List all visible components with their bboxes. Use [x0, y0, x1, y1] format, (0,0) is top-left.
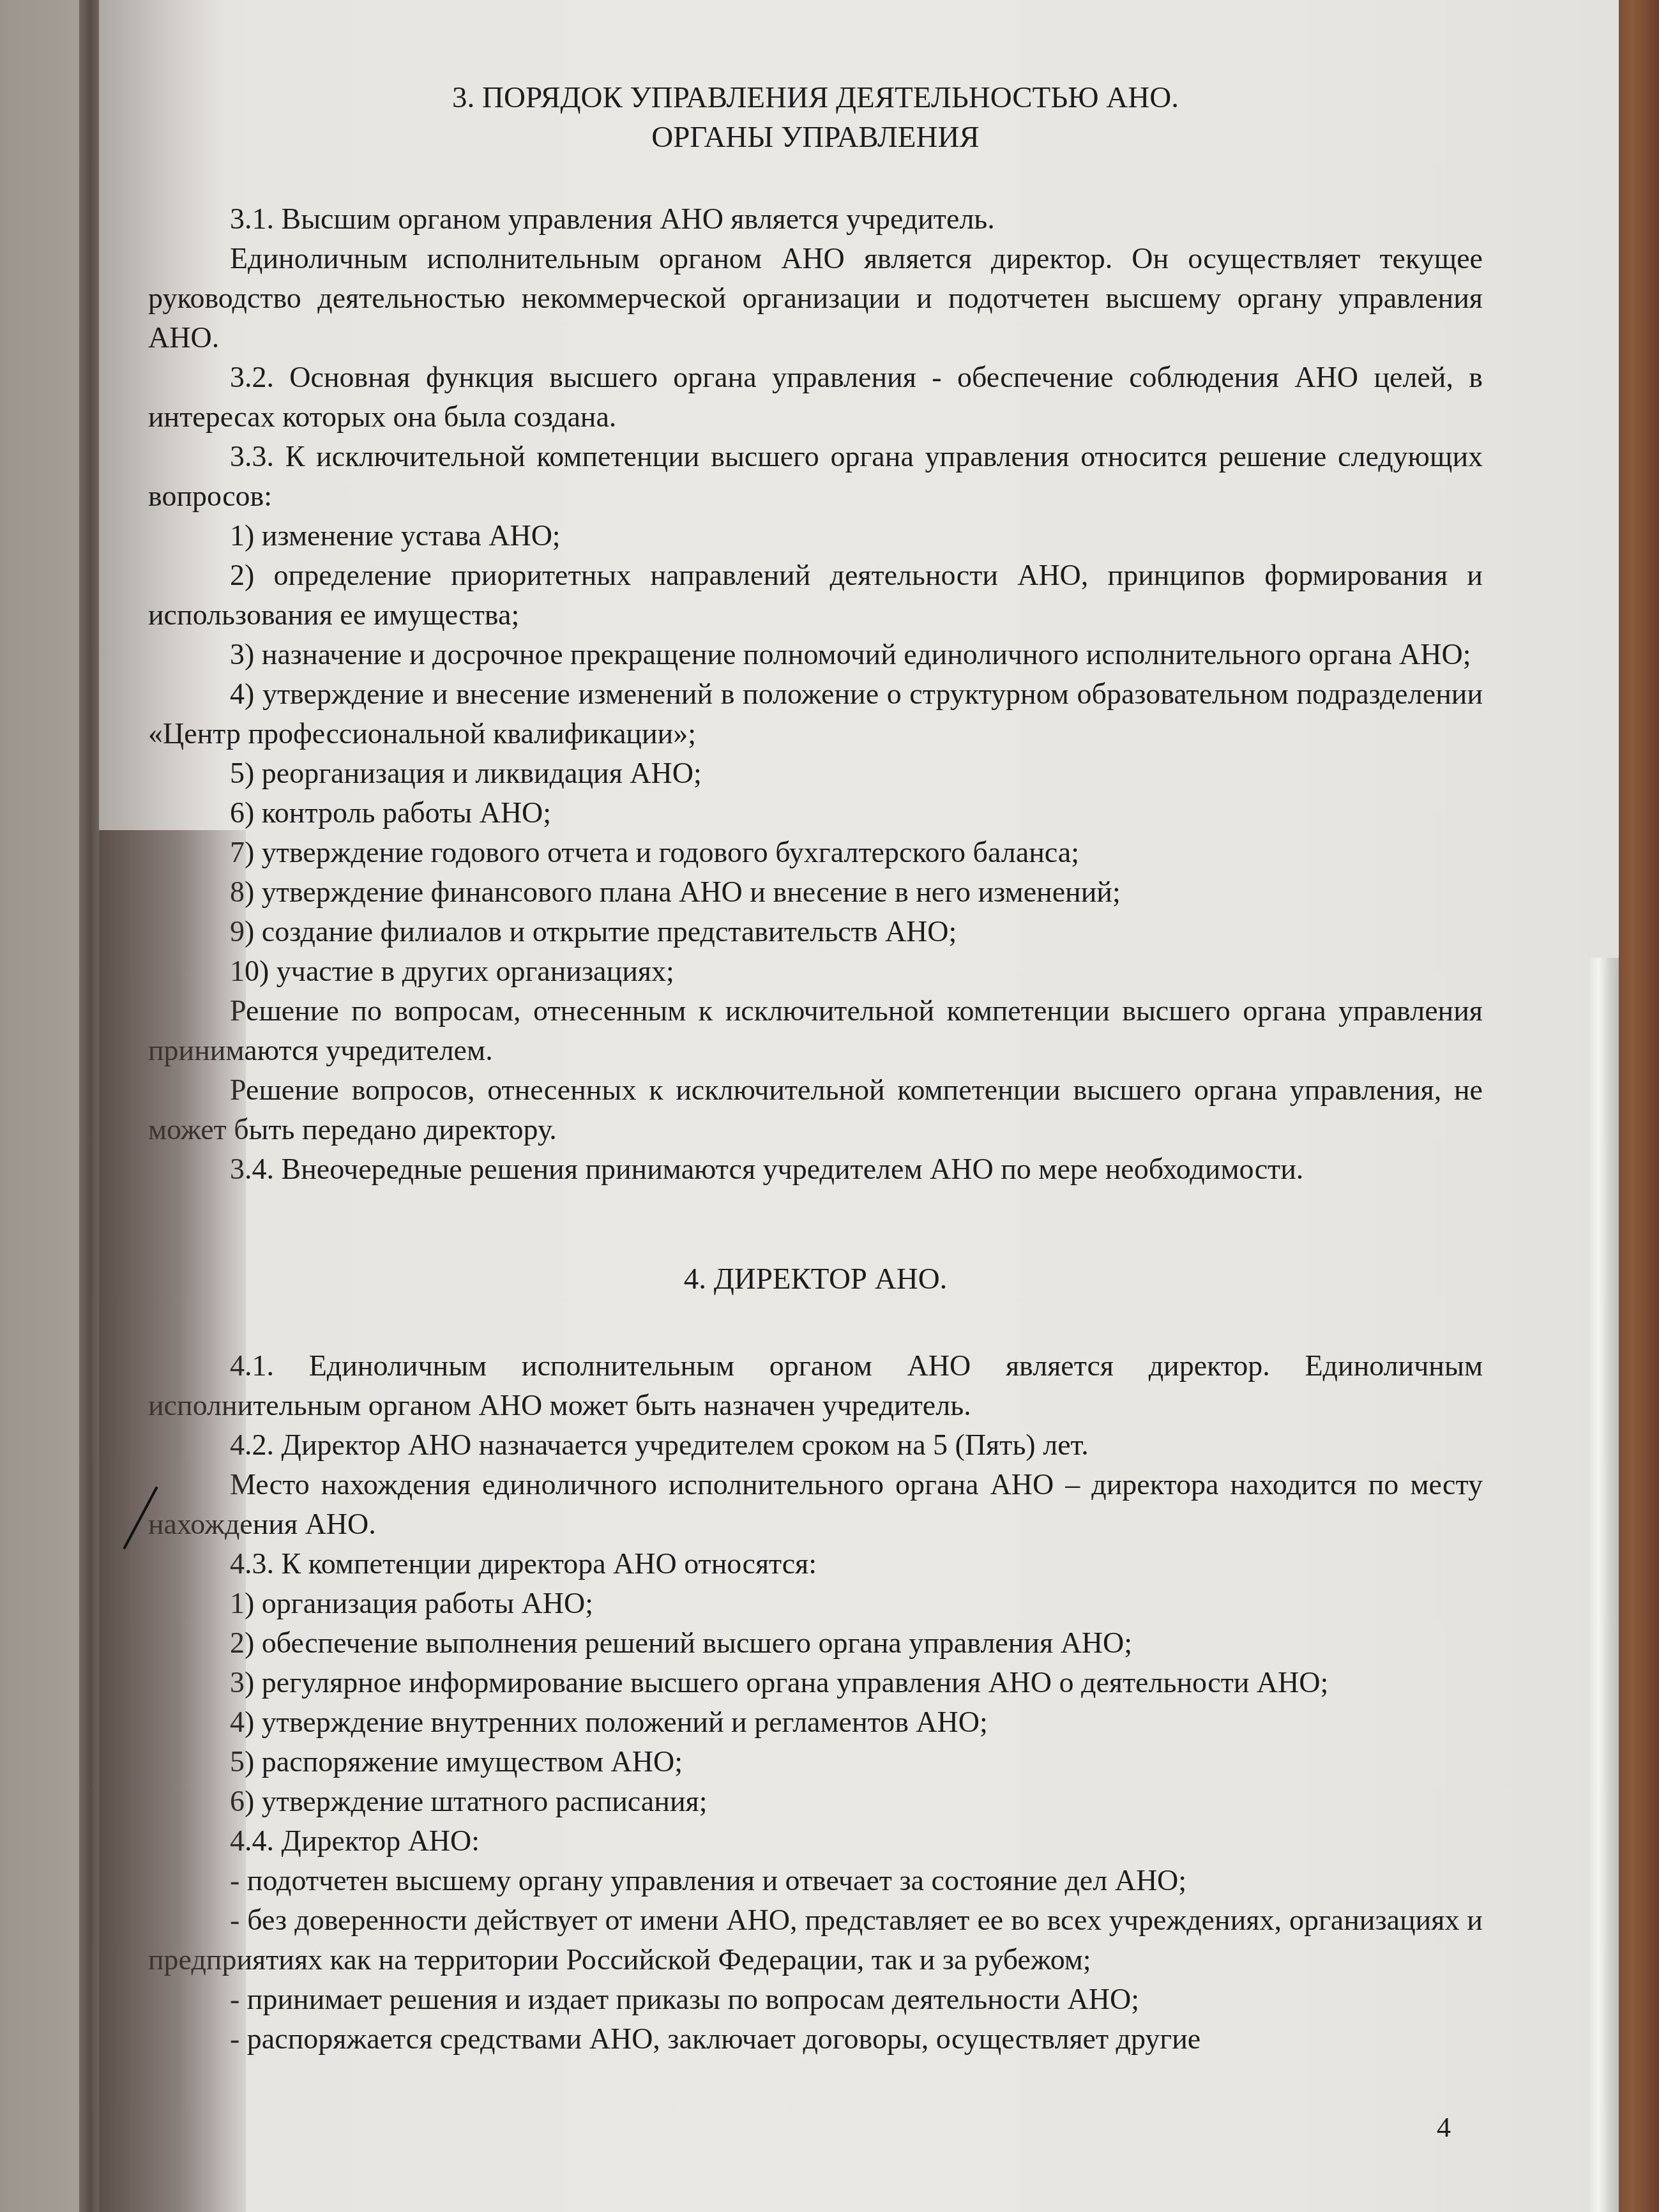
paragraph-4-1: 4.1. Единоличным исполнительным органом … [148, 1346, 1483, 1425]
list-item: 9) создание филиалов и открытие представ… [148, 912, 1483, 951]
paragraph-decision-transfer: Решение вопросов, отнесенных к исключите… [148, 1070, 1483, 1149]
list-item: 5) распоряжение имуществом АНО; [148, 1742, 1483, 1782]
folder-edge [1614, 0, 1659, 2212]
paragraph-4-2-location: Место нахождения единоличного исполнител… [148, 1465, 1483, 1544]
list-item: - распоряжается средствами АНО, заключае… [148, 2019, 1483, 2059]
paragraph-3-4: 3.4. Внеочередные решения принимаются уч… [148, 1149, 1483, 1189]
list-item: - без доверенности действует от имени АН… [148, 1900, 1483, 1980]
plastic-sleeve [1590, 958, 1619, 2212]
list-item: 2) обеспечение выполнения решений высшег… [148, 1623, 1483, 1663]
list-item: 8) утверждение финансового плана АНО и в… [148, 872, 1483, 912]
list-item: 5) реорганизация и ликвидация АНО; [148, 754, 1483, 793]
list-item: 6) утверждение штатного расписания; [148, 1782, 1483, 1821]
list-item: 7) утверждение годового отчета и годовог… [148, 833, 1483, 872]
paragraph-decision: Решение по вопросам, отнесенным к исключ… [148, 991, 1483, 1070]
list-item: 4) утверждение внутренних положений и ре… [148, 1702, 1483, 1742]
paragraph-4-3: 4.3. К компетенции директора АНО относят… [148, 1544, 1483, 1584]
list-item: - принимает решения и издает приказы по … [148, 1980, 1483, 2019]
list-item: 1) изменение устава АНО; [148, 516, 1483, 556]
list-item: 6) контроль работы АНО; [148, 793, 1483, 833]
section-3-body: 3.1. Высшим органом управления АНО являе… [148, 199, 1483, 1189]
section-4-body: 4.1. Единоличным исполнительным органом … [148, 1346, 1483, 2059]
section-4-heading: 4. ДИРЕКТОР АНО. [148, 1259, 1483, 1299]
section-3-heading: 3. ПОРЯДОК УПРАВЛЕНИЯ ДЕЯТЕЛЬНОСТЬЮ АНО.… [148, 78, 1483, 157]
list-item: 10) участие в других организациях; [148, 951, 1483, 991]
list-item: 3) назначение и досрочное прекращение по… [148, 635, 1483, 674]
paragraph-3-1: 3.1. Высшим органом управления АНО являе… [148, 199, 1483, 239]
list-item: 3) регулярное информирование высшего орг… [148, 1663, 1483, 1702]
list-item: 2) определение приоритетных направлений … [148, 556, 1483, 635]
list-item: 1) организация работы АНО; [148, 1584, 1483, 1623]
paragraph-3-2: 3.2. Основная функция высшего органа упр… [148, 358, 1483, 437]
list-item: 4) утверждение и внесение изменений в по… [148, 674, 1483, 754]
paragraph-4-4: 4.4. Директор АНО: [148, 1821, 1483, 1861]
list-item: - подотчетен высшему органу управления и… [148, 1861, 1483, 1900]
section-3-title-line-2: ОРГАНЫ УПРАВЛЕНИЯ [148, 117, 1483, 157]
paragraph-4-2: 4.2. Директор АНО назначается учредителе… [148, 1425, 1483, 1465]
paragraph-3-3: 3.3. К исключительной компетенции высшег… [148, 437, 1483, 516]
paragraph-3-1-director: Единоличным исполнительным органом АНО я… [148, 239, 1483, 358]
page-number: 4 [1437, 2111, 1451, 2144]
binder-stripe [79, 0, 101, 2212]
section-3-title-line-1: 3. ПОРЯДОК УПРАВЛЕНИЯ ДЕЯТЕЛЬНОСТЬЮ АНО. [148, 78, 1483, 117]
